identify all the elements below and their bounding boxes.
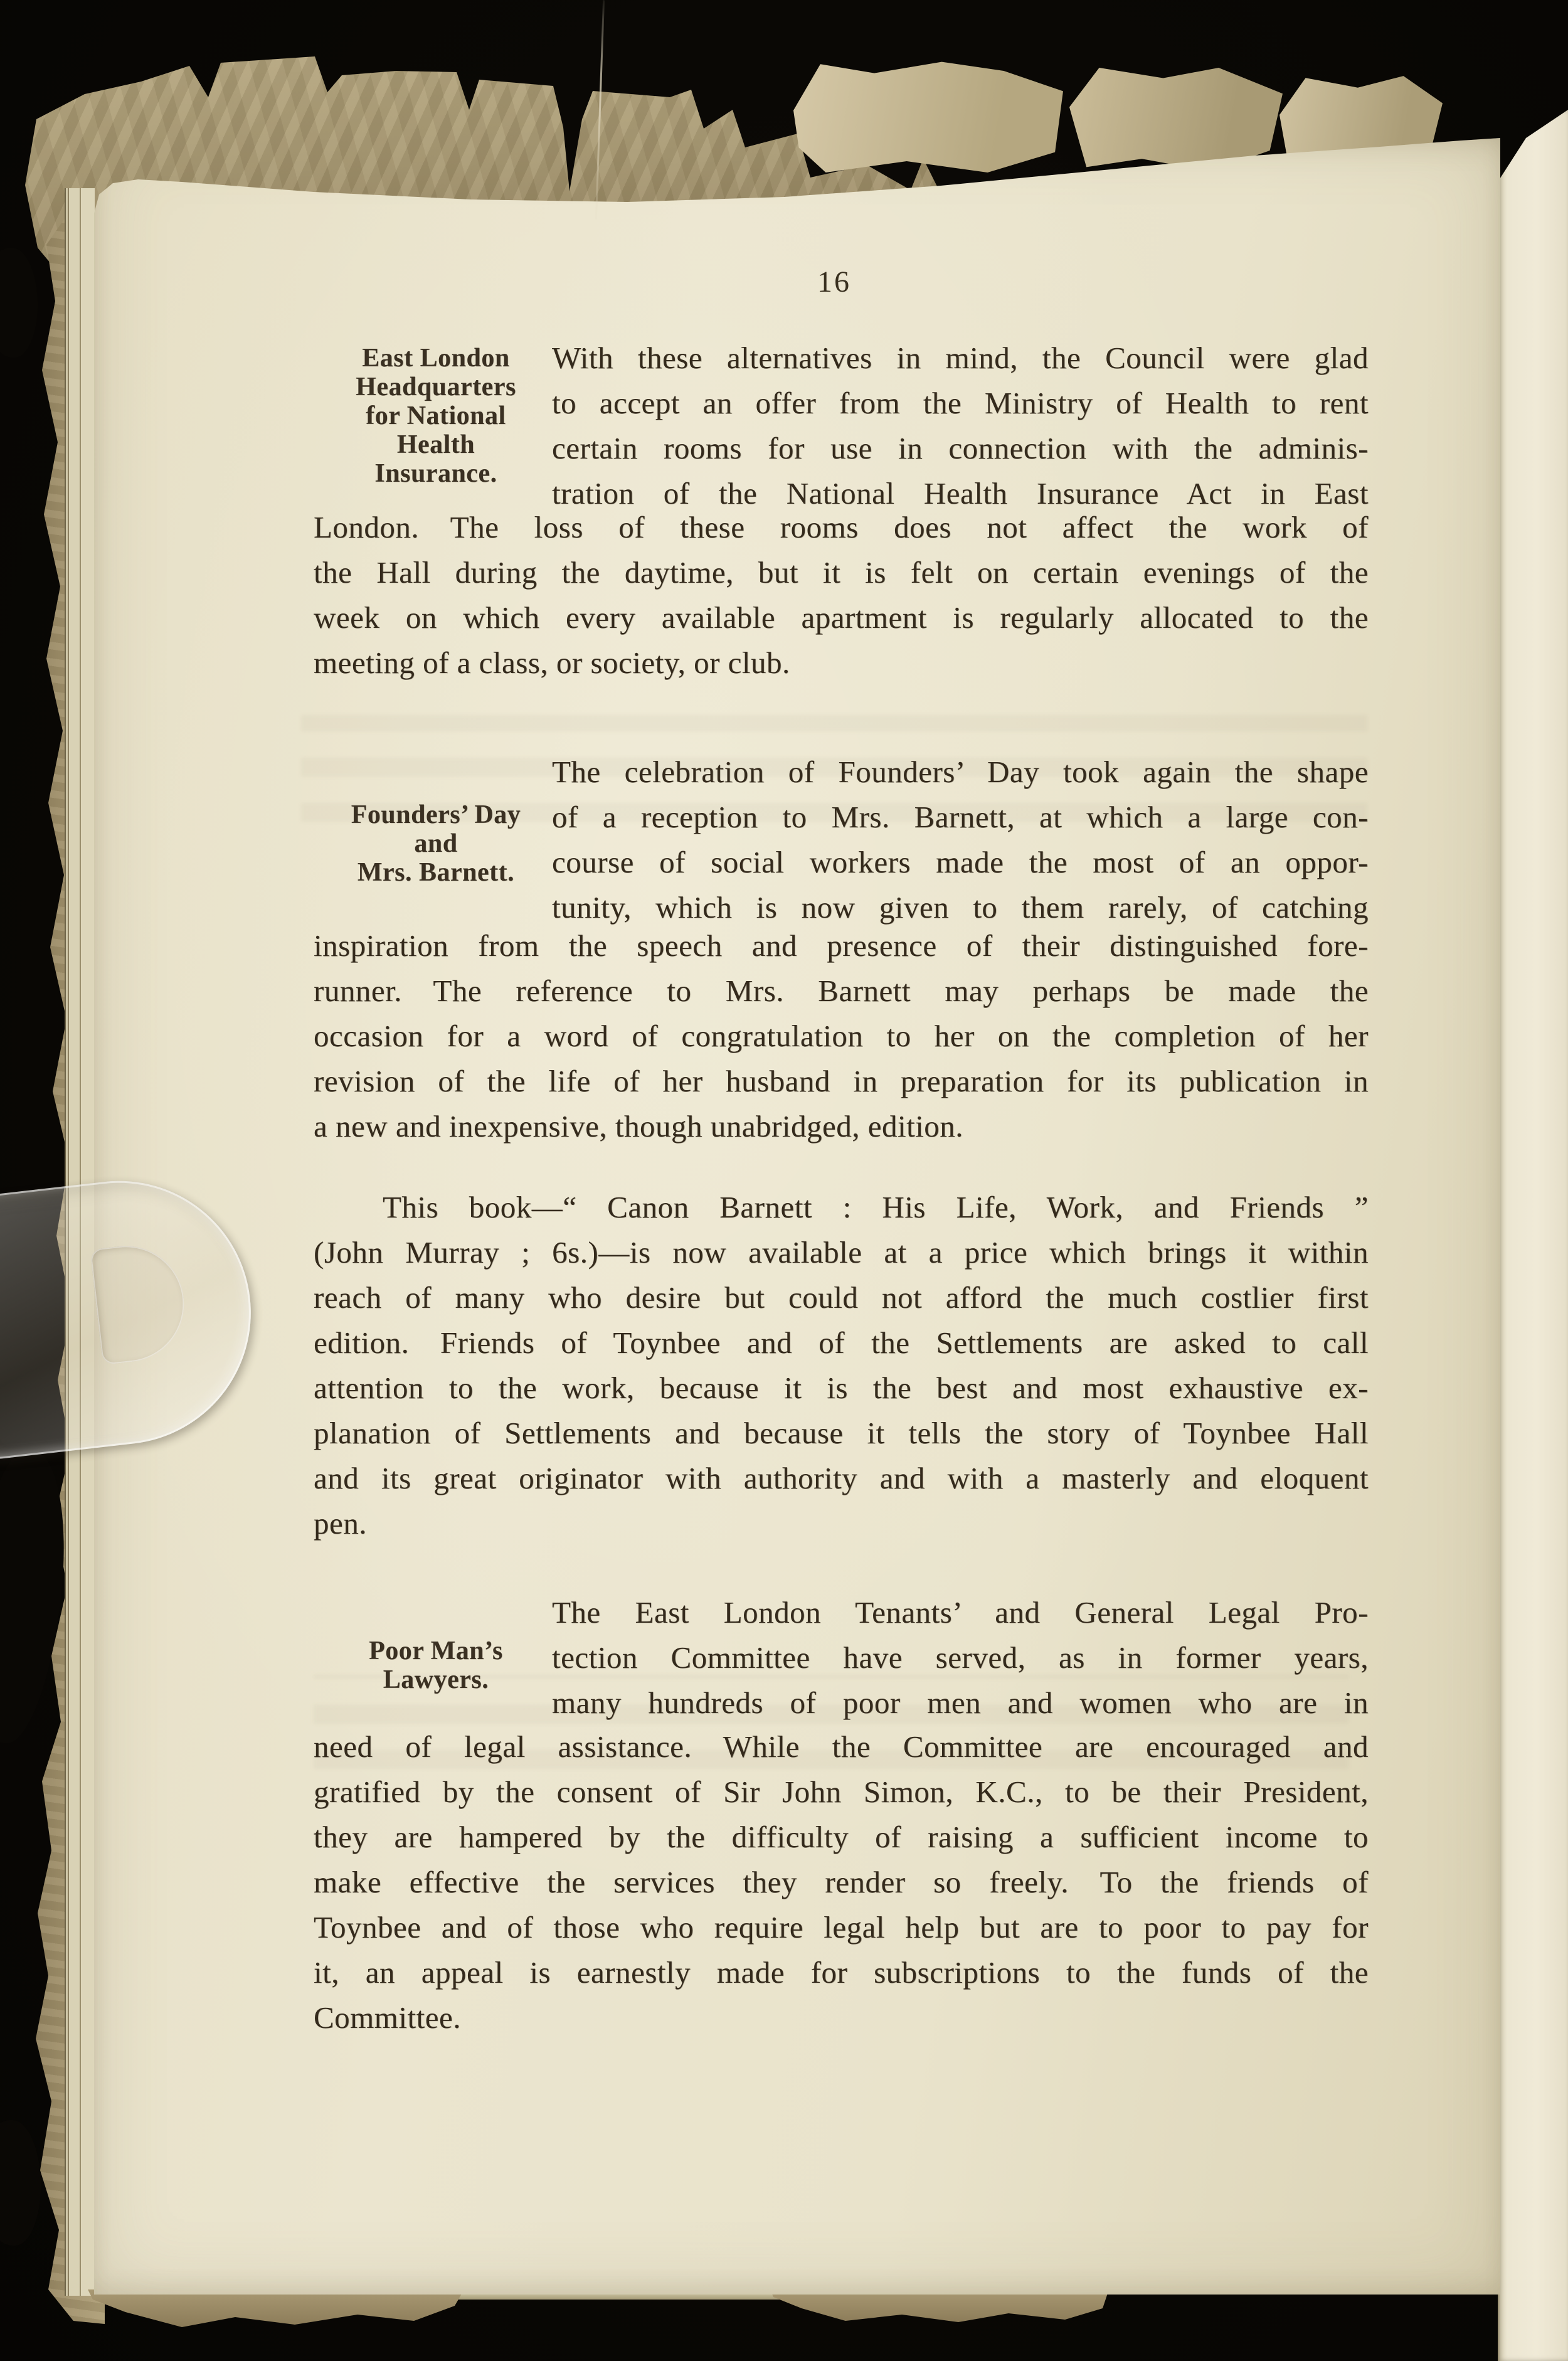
margin-note-line: and bbox=[332, 829, 539, 858]
plastic-clip-hole bbox=[90, 1240, 190, 1366]
margin-note-line: Health bbox=[332, 430, 539, 459]
text-line: The East London Tenants’ and General Leg… bbox=[552, 1590, 1369, 1635]
paragraph: The celebration of Founders’ Day took ag… bbox=[552, 750, 1369, 930]
torn-gap bbox=[0, 2120, 41, 2246]
text-line: meeting of a class, or society, or club. bbox=[314, 640, 1369, 686]
margin-note-line: for National bbox=[332, 401, 539, 430]
margin-note-line: Mrs. Barnett. bbox=[332, 858, 539, 887]
text-line: certain rooms for use in connection with… bbox=[552, 426, 1369, 471]
text-line: of a reception to Mrs. Barnett, at which… bbox=[552, 795, 1369, 840]
margin-note-line: Lawyers. bbox=[332, 1665, 539, 1694]
torn-cover-tab bbox=[88, 2289, 464, 2328]
paragraph: inspiration from the speech and presence… bbox=[314, 923, 1369, 1149]
text-line: course of social workers made the most o… bbox=[552, 840, 1369, 885]
margin-note-line: Poor Man’s bbox=[332, 1637, 539, 1665]
text-line: The celebration of Founders’ Day took ag… bbox=[552, 750, 1369, 795]
text-line: need of legal assistance. While the Comm… bbox=[314, 1724, 1369, 1769]
text-line: planation of Settlements and because it … bbox=[314, 1411, 1369, 1456]
text-line: and its great originator with authority … bbox=[314, 1456, 1369, 1501]
paragraph: need of legal assistance. While the Comm… bbox=[314, 1724, 1369, 2040]
text-line: London. The loss of these rooms does not… bbox=[314, 505, 1369, 550]
text-line: to accept an offer from the Ministry of … bbox=[552, 381, 1369, 426]
text-line: many hundreds of poor men and women who … bbox=[552, 1680, 1369, 1726]
page-number: 16 bbox=[797, 265, 872, 299]
text-line: This book—“ Canon Barnett : His Life, Wo… bbox=[314, 1185, 1369, 1230]
paragraph: London. The loss of these rooms does not… bbox=[314, 505, 1369, 686]
text-line: occasion for a word of congratulation to… bbox=[314, 1014, 1369, 1059]
text-line: tection Committee have served, as in for… bbox=[552, 1635, 1369, 1680]
text-line: a new and inexpensive, though unabridged… bbox=[314, 1104, 1369, 1149]
margin-note-line: Founders’ Day bbox=[332, 800, 539, 829]
scanned-book-photo: 16 East London Headquarters for National… bbox=[0, 0, 1568, 2361]
torn-paper-fragment bbox=[1069, 68, 1283, 171]
next-page-edge bbox=[1498, 110, 1568, 2361]
text-line: pen. bbox=[314, 1501, 1369, 1546]
text-line: runner. The reference to Mrs. Barnett ma… bbox=[314, 968, 1369, 1014]
text-line: the Hall during the daytime, but it is f… bbox=[314, 550, 1369, 595]
text-line: (John Murray ; 6s.)—is now available at … bbox=[314, 1230, 1369, 1275]
text-line: attention to the work, because it is the… bbox=[314, 1366, 1369, 1411]
text-line: revision of the life of her husband in p… bbox=[314, 1059, 1369, 1104]
text-line: gratified by the consent of Sir John Sim… bbox=[314, 1769, 1369, 1815]
margin-note: East London Headquarters for National He… bbox=[332, 344, 539, 488]
margin-note-line: Insurance. bbox=[332, 459, 539, 488]
text-line: edition. Friends of Toynbee and of the S… bbox=[314, 1320, 1369, 1366]
text-line: they are hampered by the difficulty of r… bbox=[314, 1815, 1369, 1860]
text-line: inspiration from the speech and presence… bbox=[314, 923, 1369, 968]
margin-note: Poor Man’s Lawyers. bbox=[332, 1637, 539, 1694]
book-page: 16 East London Headquarters for National… bbox=[94, 132, 1500, 2295]
text-line: it, an appeal is earnestly made for subs… bbox=[314, 1950, 1369, 1995]
paragraph: This book—“ Canon Barnett : His Life, Wo… bbox=[314, 1185, 1369, 1546]
torn-paper-fragment bbox=[793, 60, 1063, 172]
paragraph: With these alternatives in mind, the Cou… bbox=[552, 336, 1369, 516]
torn-cover-tab bbox=[770, 2289, 1109, 2325]
margin-note: Founders’ Day and Mrs. Barnett. bbox=[332, 800, 539, 887]
text-line: reach of many who desire but could not a… bbox=[314, 1275, 1369, 1320]
text-line: week on which every available apartment … bbox=[314, 595, 1369, 640]
text-line: Committee. bbox=[314, 1995, 1369, 2040]
margin-note-line: Headquarters bbox=[332, 373, 539, 401]
text-line: make effective the services they render … bbox=[314, 1860, 1369, 1905]
margin-note-line: East London bbox=[332, 344, 539, 373]
text-line: With these alternatives in mind, the Cou… bbox=[552, 336, 1369, 381]
paragraph: The East London Tenants’ and General Leg… bbox=[552, 1590, 1369, 1726]
torn-gap bbox=[0, 248, 38, 358]
text-line: Toynbee and of those who require legal h… bbox=[314, 1905, 1369, 1950]
